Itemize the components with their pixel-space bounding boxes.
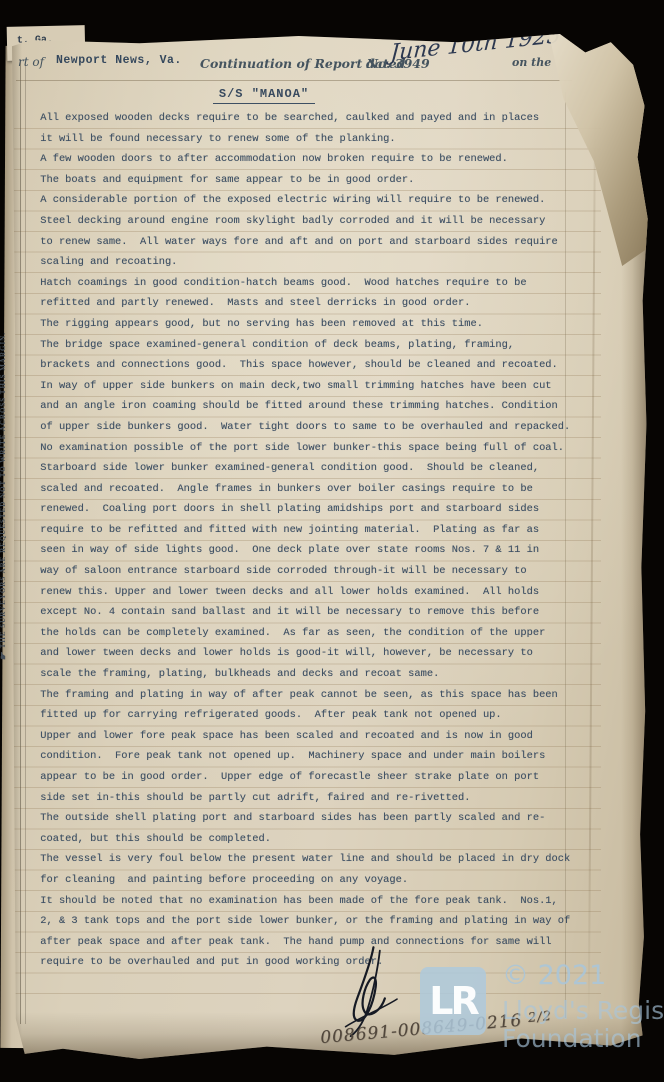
scanned-document-page: t. Ga. rt of Newport News, Va. Continuat… [0, 0, 664, 1082]
on-the-label: on the [512, 56, 551, 69]
pointing-hand-icon: ☛ [0, 648, 8, 660]
header-rule [16, 80, 572, 81]
watermark-copyright: © 2021 [502, 960, 606, 991]
printers-code: a.11.26 [26, 1067, 49, 1074]
lloyds-register-logo-icon: LR [420, 967, 486, 1035]
logo-letters: LR [429, 979, 476, 1023]
watermark-org-line2: Foundation [502, 1024, 642, 1053]
report-body-text: All exposed wooden decks require to be s… [34, 108, 594, 973]
vessel-title: S/S "MANOA" [164, 84, 364, 104]
watermark-org-line1: Lloyd's Register [502, 996, 664, 1025]
margin-instruction: ☛ THE SURVEYORS ARE REQUESTED NOT TO WRI… [0, 332, 15, 762]
report-paper: rt of Newport News, Va. Continuation of … [12, 34, 649, 1060]
margin-instruction-text: THE SURVEYORS ARE REQUESTED NOT TO WRITE… [0, 332, 7, 648]
port-value: Newport News, Va. [56, 54, 182, 67]
vessel-title-text: S/S "MANOA" [213, 87, 315, 104]
